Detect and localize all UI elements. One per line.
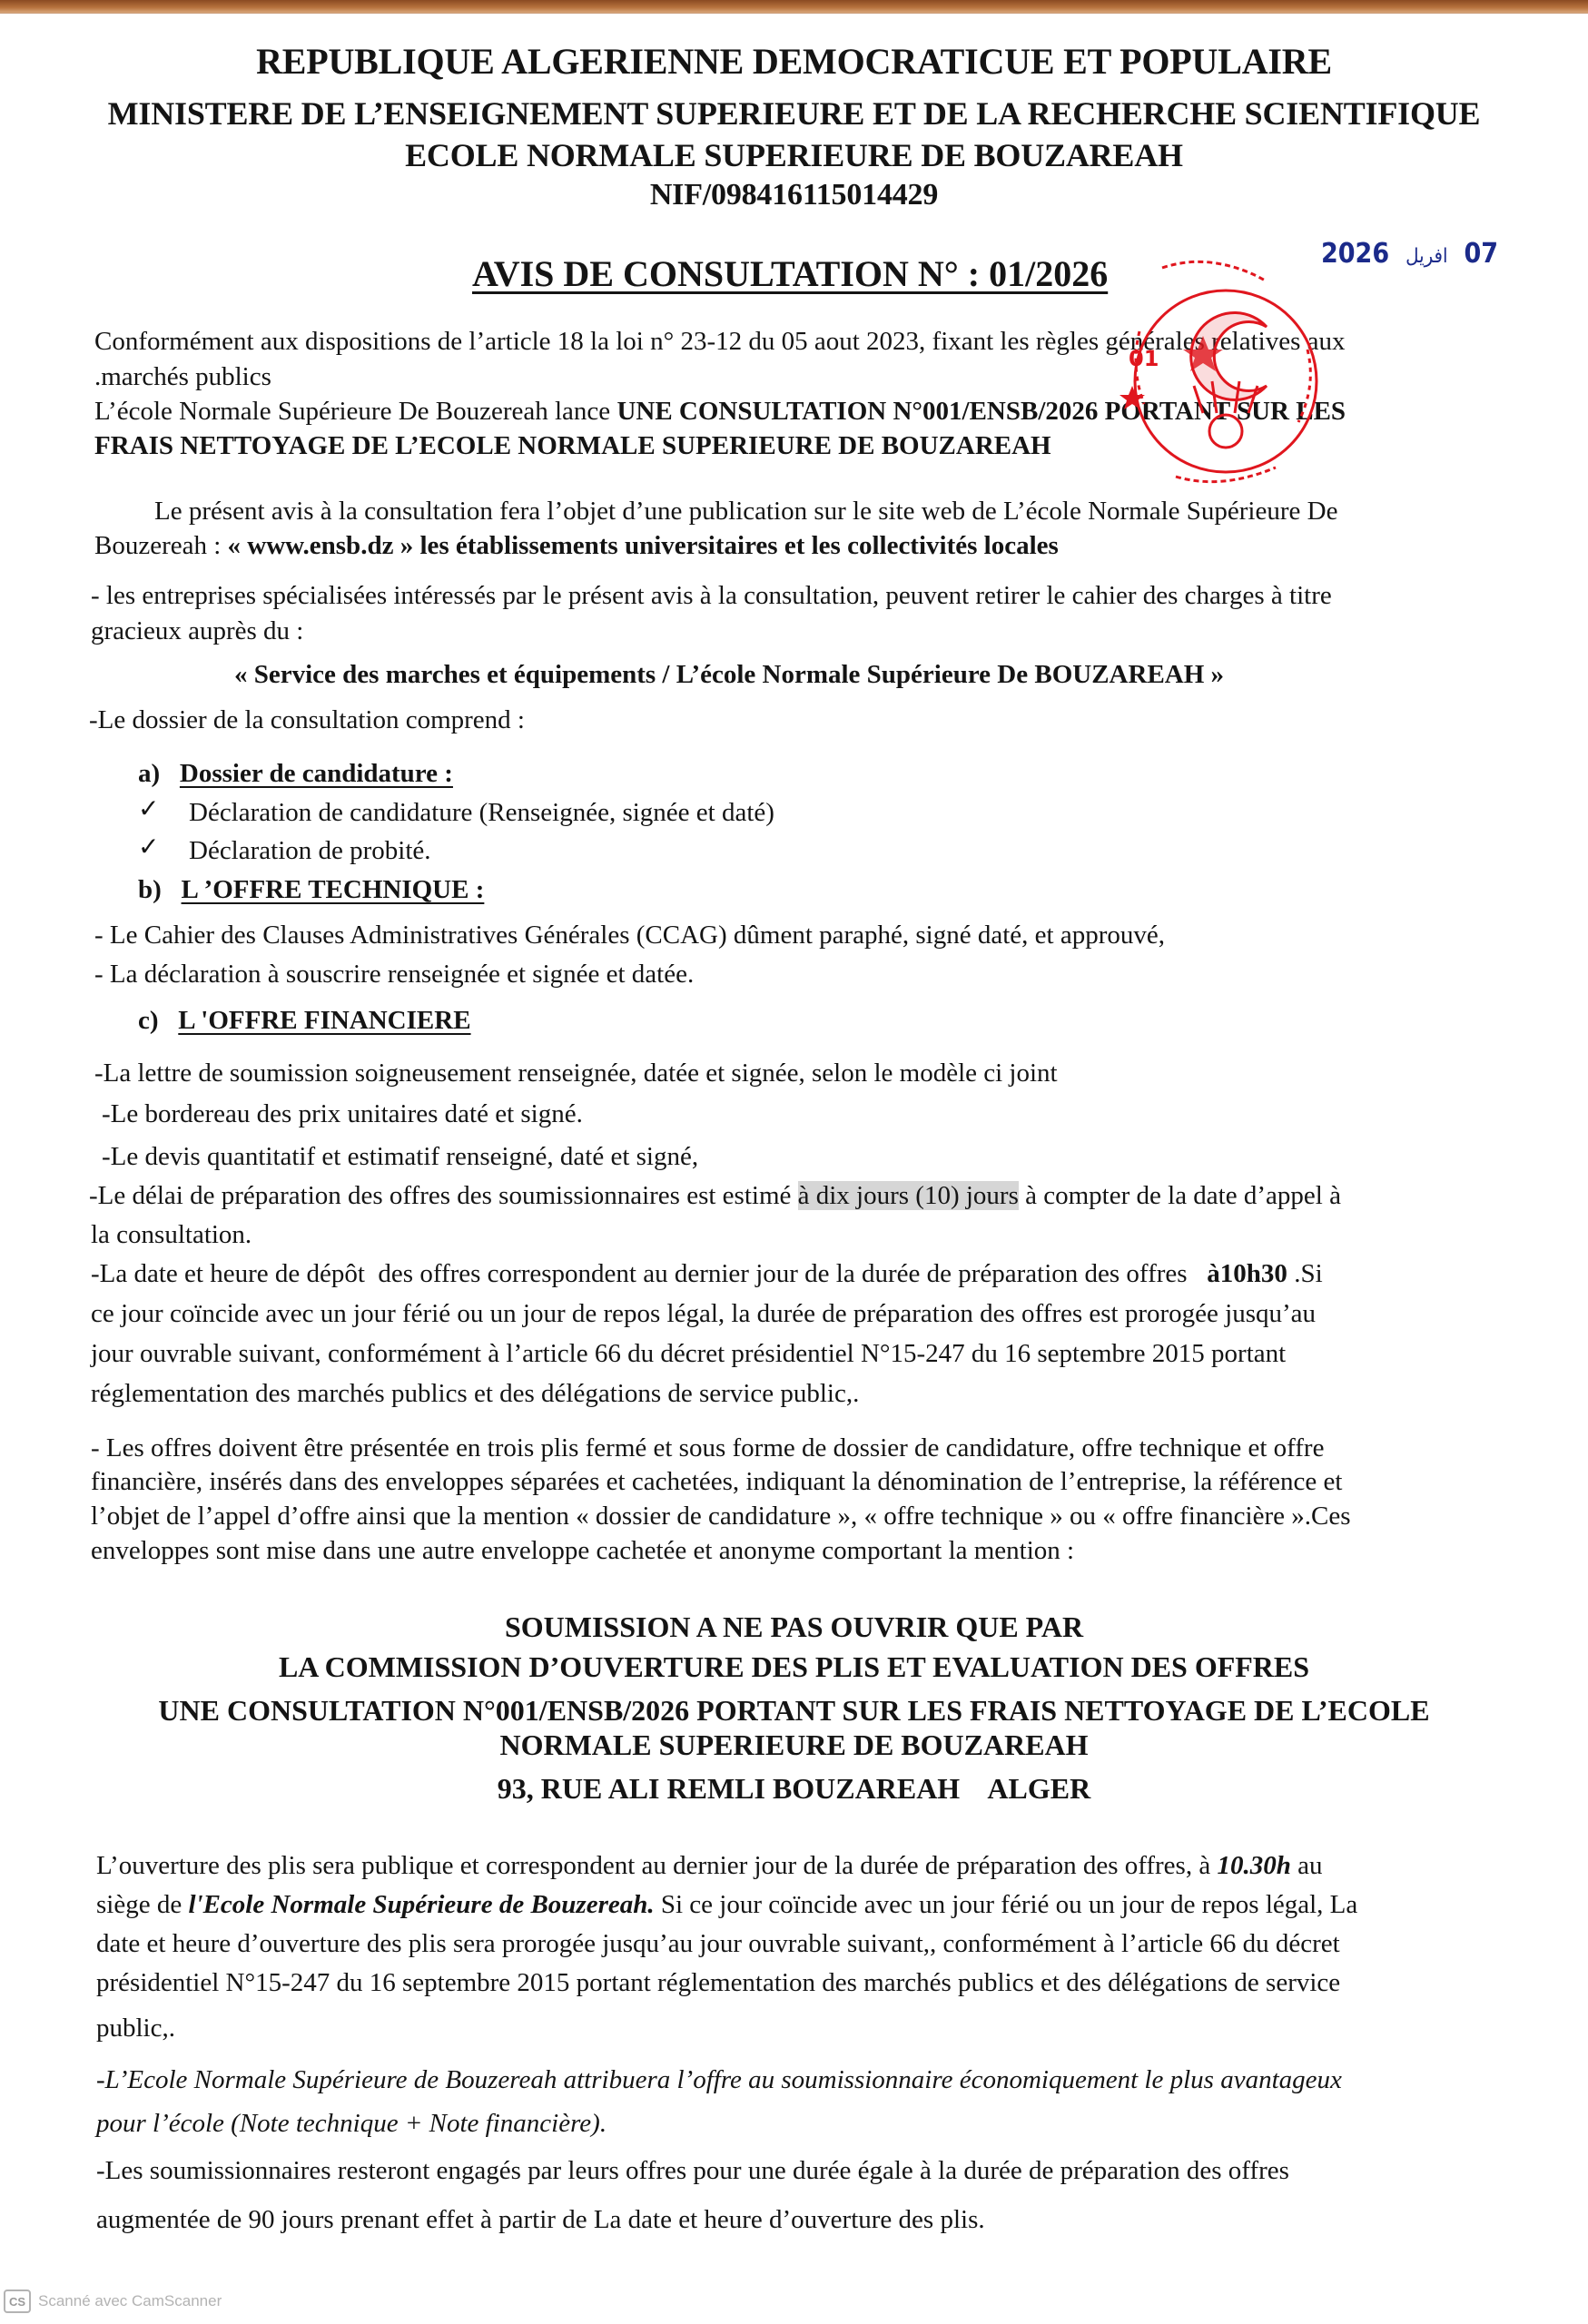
section-b-marker: b) [138,875,162,904]
intro-line-2: .marchés publics [94,359,1547,395]
check-icon: ✓ [138,832,159,862]
publication-site-link[interactable]: « www.ensb.dz » les établissements unive… [228,531,1059,560]
delay-text-end: à compter de la date d’appel à [1019,1181,1341,1210]
deposit-time: à10h30 [1207,1259,1287,1288]
delay-line-2: la consultation. [91,1217,1544,1253]
commitment-line-2: augmentée de 90 jours prenant effet à pa… [96,2202,1549,2238]
section-c-item-3: -Le devis quantitatif et estimatif rense… [102,1139,1554,1175]
deposit-line-3: jour ouvrable suivant, conformément à l’… [91,1336,1544,1372]
envelopes-line-3: l’objet de l’appel d’offre ainsi que la … [91,1499,1544,1534]
intro-consultation-line: L’école Normale Supérieure De Bouzereah … [94,394,1547,429]
mention-line-4: NORMALE SUPERIEURE DE BOUZAREAH [0,1725,1588,1765]
section-a-item-1: Déclaration de candidature (Renseignée, … [189,795,1588,831]
publication-line-1: Le présent avis à la consultation fera l… [154,494,1588,529]
opening-text: L’ouverture des plis sera publique et co… [96,1851,1217,1880]
section-c-marker: c) [138,1006,159,1035]
section-b-item-1: - Le Cahier des Clauses Administratives … [94,918,1547,953]
delay-highlight: à dix jours (10) jours [798,1181,1019,1210]
withdrawal-line-2: gracieux auprès du : [91,614,1544,649]
mention-address: 93, RUE ALI REMLI BOUZAREAH ALGER [0,1768,1588,1808]
opening-line-5: public,. [96,2011,1549,2046]
opening-line-1: L’ouverture des plis sera publique et co… [96,1848,1549,1884]
section-b-title: L ’OFFRE TECHNIQUE : [182,875,485,904]
section-c-title: L 'OFFRE FINANCIERE [178,1006,470,1035]
deposit-line-1: -La date et heure de dépôt des offres co… [91,1256,1544,1292]
withdrawal-line-1: - les entreprises spécialisées intéressé… [91,578,1544,614]
document-page: REPUBLIQUE ALGERIENNE DEMOCRATICUE ET PO… [0,0,1588,2324]
commitment-line-1: -Les soumissionnaires resteront engagés … [96,2153,1549,2189]
mention-line-2: LA COMMISSION D’OUVERTURE DES PLIS ET EV… [0,1647,1588,1687]
document-title: AVIS DE CONSULTATION N° : 01/2026 [472,252,1108,295]
date-stamp-day: 07 [1465,238,1499,270]
section-b: b) L ’OFFRE TECHNIQUE : [138,875,484,905]
section-c: c) L 'OFFRE FINANCIERE [138,1006,471,1036]
intro-line-1: Conformément aux dispositions de l’artic… [94,324,1547,359]
opening-line-4: présidentiel N°15-247 du 16 septembre 20… [96,1965,1549,2001]
envelopes-line-2: financière, insérés dans des enveloppes … [91,1464,1544,1500]
opening-line-2: siège de l'Ecole Normale Supérieure de B… [96,1887,1549,1923]
camscanner-logo-icon: CS [4,2290,31,2313]
intro-consultation-subject: FRAIS NETTOYAGE DE L’ECOLE NORMALE SUPER… [94,428,1547,464]
check-icon: ✓ [138,793,159,824]
section-c-item-2: -Le bordereau des prix unitaires daté et… [102,1097,1554,1132]
opening-text-end: au [1291,1851,1323,1880]
intro-school-text: L’école Normale Supérieure De Bouzereah … [94,397,616,426]
mention-line-1: SOUMISSION A NE PAS OUVRIR QUE PAR [0,1607,1588,1647]
section-a-title: Dossier de candidature : [180,759,453,788]
envelopes-line-4: enveloppes sont mise dans une autre enve… [91,1533,1544,1569]
award-line-2: pour l’école (Note technique + Note fina… [96,2106,1549,2142]
date-stamp-year: 2026 [1321,238,1389,270]
opening-holiday-text: Si ce jour coïncide avec un jour férié o… [655,1890,1358,1919]
section-b-item-2: - La déclaration à souscrire renseignée … [94,957,1547,992]
header-nif: NIF/098416115014429 [0,178,1588,212]
header-republic: REPUBLIQUE ALGERIENNE DEMOCRATICUE ET PO… [0,40,1588,83]
section-a-item-2: Déclaration de probité. [189,833,1588,869]
withdrawal-service: « Service des marches et équipements / L… [234,657,1588,693]
award-line-1: -L’Ecole Normale Supérieure de Bouzereah… [96,2063,1549,2098]
deposit-line-4: réglementation des marchés publics et de… [91,1376,1544,1412]
dossier-intro: -Le dossier de la consultation comprend … [89,703,1542,738]
deposit-text-end: .Si [1287,1259,1323,1288]
deposit-text: -La date et heure de dépôt des offres co… [91,1259,1207,1288]
opening-siege-text: siège de [96,1890,188,1919]
camscanner-text: Scanné avec CamScanner [38,2292,222,2310]
section-c-item-1: -La lettre de soumission soigneusement r… [94,1056,1547,1091]
envelopes-line-1: - Les offres doivent être présentée en t… [91,1431,1544,1466]
date-stamp: 2026 افريل 07 [1321,238,1498,270]
section-a-marker: a) [138,759,160,788]
publication-site-label: Bouzereah : [94,531,228,560]
date-stamp-month: افريل [1406,245,1447,268]
camscanner-watermark: CS Scanné avec CamScanner [4,2290,222,2313]
deposit-line-2: ce jour coïncide avec un jour férié ou u… [91,1296,1544,1332]
publication-line-2: Bouzereah : « www.ensb.dz » les établiss… [94,528,1547,564]
intro-consultation-ref: UNE CONSULTATION N°001/ENSB/2026 PORTANT… [616,397,1346,426]
opening-school: l'Ecole Normale Supérieure de Bouzereah. [188,1890,654,1919]
delay-text: -Le délai de préparation des offres des … [89,1181,798,1210]
opening-line-3: date et heure d’ouverture des plis sera … [96,1926,1549,1962]
header-ministry: MINISTERE DE L’ENSEIGNEMENT SUPERIEURE E… [0,94,1588,133]
section-a: a) Dossier de candidature : [138,759,453,789]
opening-time: 10.30h [1217,1851,1290,1880]
header-school: ECOLE NORMALE SUPERIEURE DE BOUZAREAH [0,136,1588,174]
delay-line-1: -Le délai de préparation des offres des … [89,1178,1542,1214]
